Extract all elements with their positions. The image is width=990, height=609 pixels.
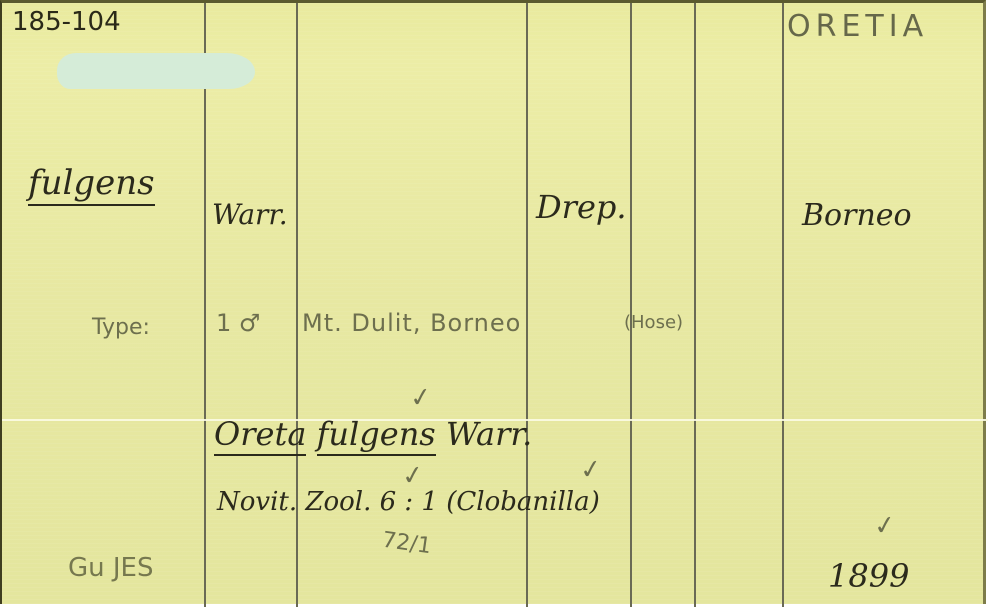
species-name-text: fulgens	[28, 163, 155, 206]
reference-note: 72/1	[381, 528, 433, 560]
author-name: Warr.	[212, 198, 288, 231]
type-collector: (Hose)	[624, 312, 683, 333]
combination-genus: Oreta	[214, 415, 306, 456]
check-mark-icon: ✓	[408, 382, 434, 415]
genus-header: ORETIA	[787, 9, 928, 44]
column-rule-5	[694, 3, 696, 607]
type-locality: Mt. Dulit, Borneo	[302, 309, 521, 337]
check-mark-icon: ✓	[578, 454, 604, 487]
index-card: 185-104 ORETIA fulgens Warr. Drep. Borne…	[0, 0, 986, 604]
register-number: 185-104	[12, 7, 121, 37]
reference: Novit. Zool. 6 : 1 (Clobanilla)	[217, 487, 600, 517]
locality: Borneo	[802, 198, 912, 233]
combination: Oreta fulgens Warr.	[214, 415, 532, 453]
family-name: Drep.	[536, 188, 627, 226]
column-rule-1	[204, 3, 206, 607]
column-rule-4	[630, 3, 632, 607]
year: 1899	[828, 557, 909, 595]
species-name: fulgens	[28, 163, 155, 203]
redacted-field	[57, 53, 255, 89]
check-mark-icon: ✓	[872, 510, 898, 543]
initials: Gu JES	[68, 553, 154, 583]
combination-author: Warr.	[446, 415, 532, 453]
combination-species: fulgens	[317, 415, 436, 456]
column-rule-6	[782, 3, 784, 607]
type-label: Type:	[92, 315, 150, 340]
type-count: 1 ♂	[216, 309, 260, 337]
